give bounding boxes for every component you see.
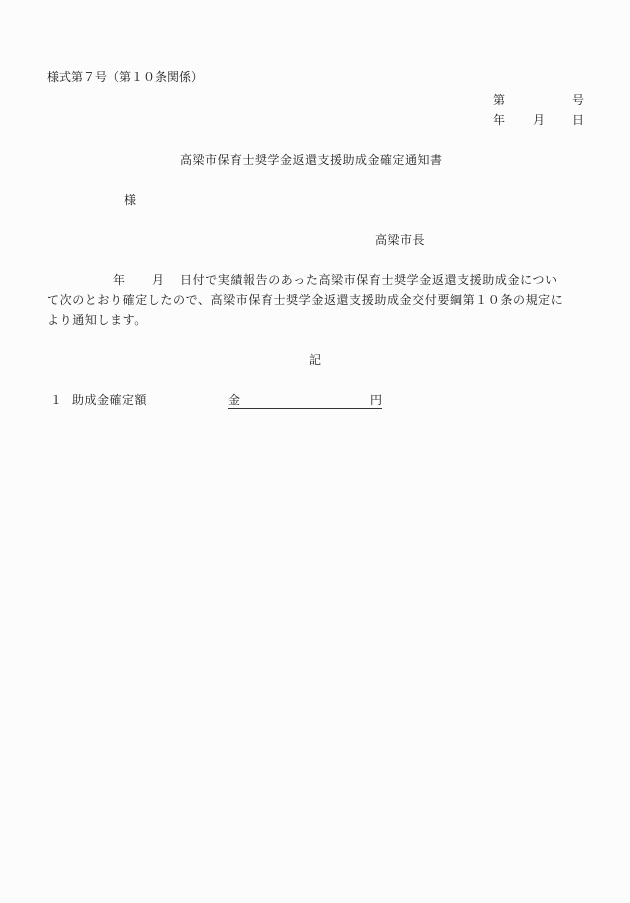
amount-field: 金 円	[228, 393, 382, 409]
issue-date-row: 年 月 日	[0, 113, 630, 127]
body-line-3: より通知します。	[47, 313, 147, 327]
amount-prefix: 金	[228, 393, 240, 407]
date-day: 日	[572, 113, 584, 127]
form-number: 様式第７号（第１０条関係）	[47, 70, 203, 84]
sender-name: 高梁市長	[375, 233, 425, 247]
body-month: 月	[152, 273, 164, 287]
number-suffix: 号	[572, 93, 584, 107]
document-number-row: 第 号	[0, 93, 630, 107]
body-line-1-text: 日付で実績報告のあった高梁市保育士奨学金返還支援助成金につい	[180, 273, 558, 287]
item-number: １	[50, 393, 62, 407]
list-item: １ 助成金確定額 金 円	[0, 393, 630, 409]
number-prefix: 第	[493, 93, 505, 107]
amount-suffix: 円	[370, 393, 382, 407]
body-line-1: 年 月 日付で実績報告のあった高梁市保育士奨学金返還支援助成金につい	[0, 273, 630, 287]
record-heading: 記	[309, 353, 321, 367]
date-year: 年	[493, 113, 505, 127]
date-month: 月	[533, 113, 545, 127]
body-year: 年	[113, 273, 125, 287]
body-line-2: て次のとおり確定したので、高梁市保育士奨学金返還支援助成金交付要綱第１０条の規定…	[47, 293, 563, 307]
document-title: 高梁市保育士奨学金返還支援助成金確定通知書	[180, 153, 443, 167]
addressee-honorific: 様	[124, 193, 136, 207]
item-label: 助成金確定額	[72, 393, 147, 407]
